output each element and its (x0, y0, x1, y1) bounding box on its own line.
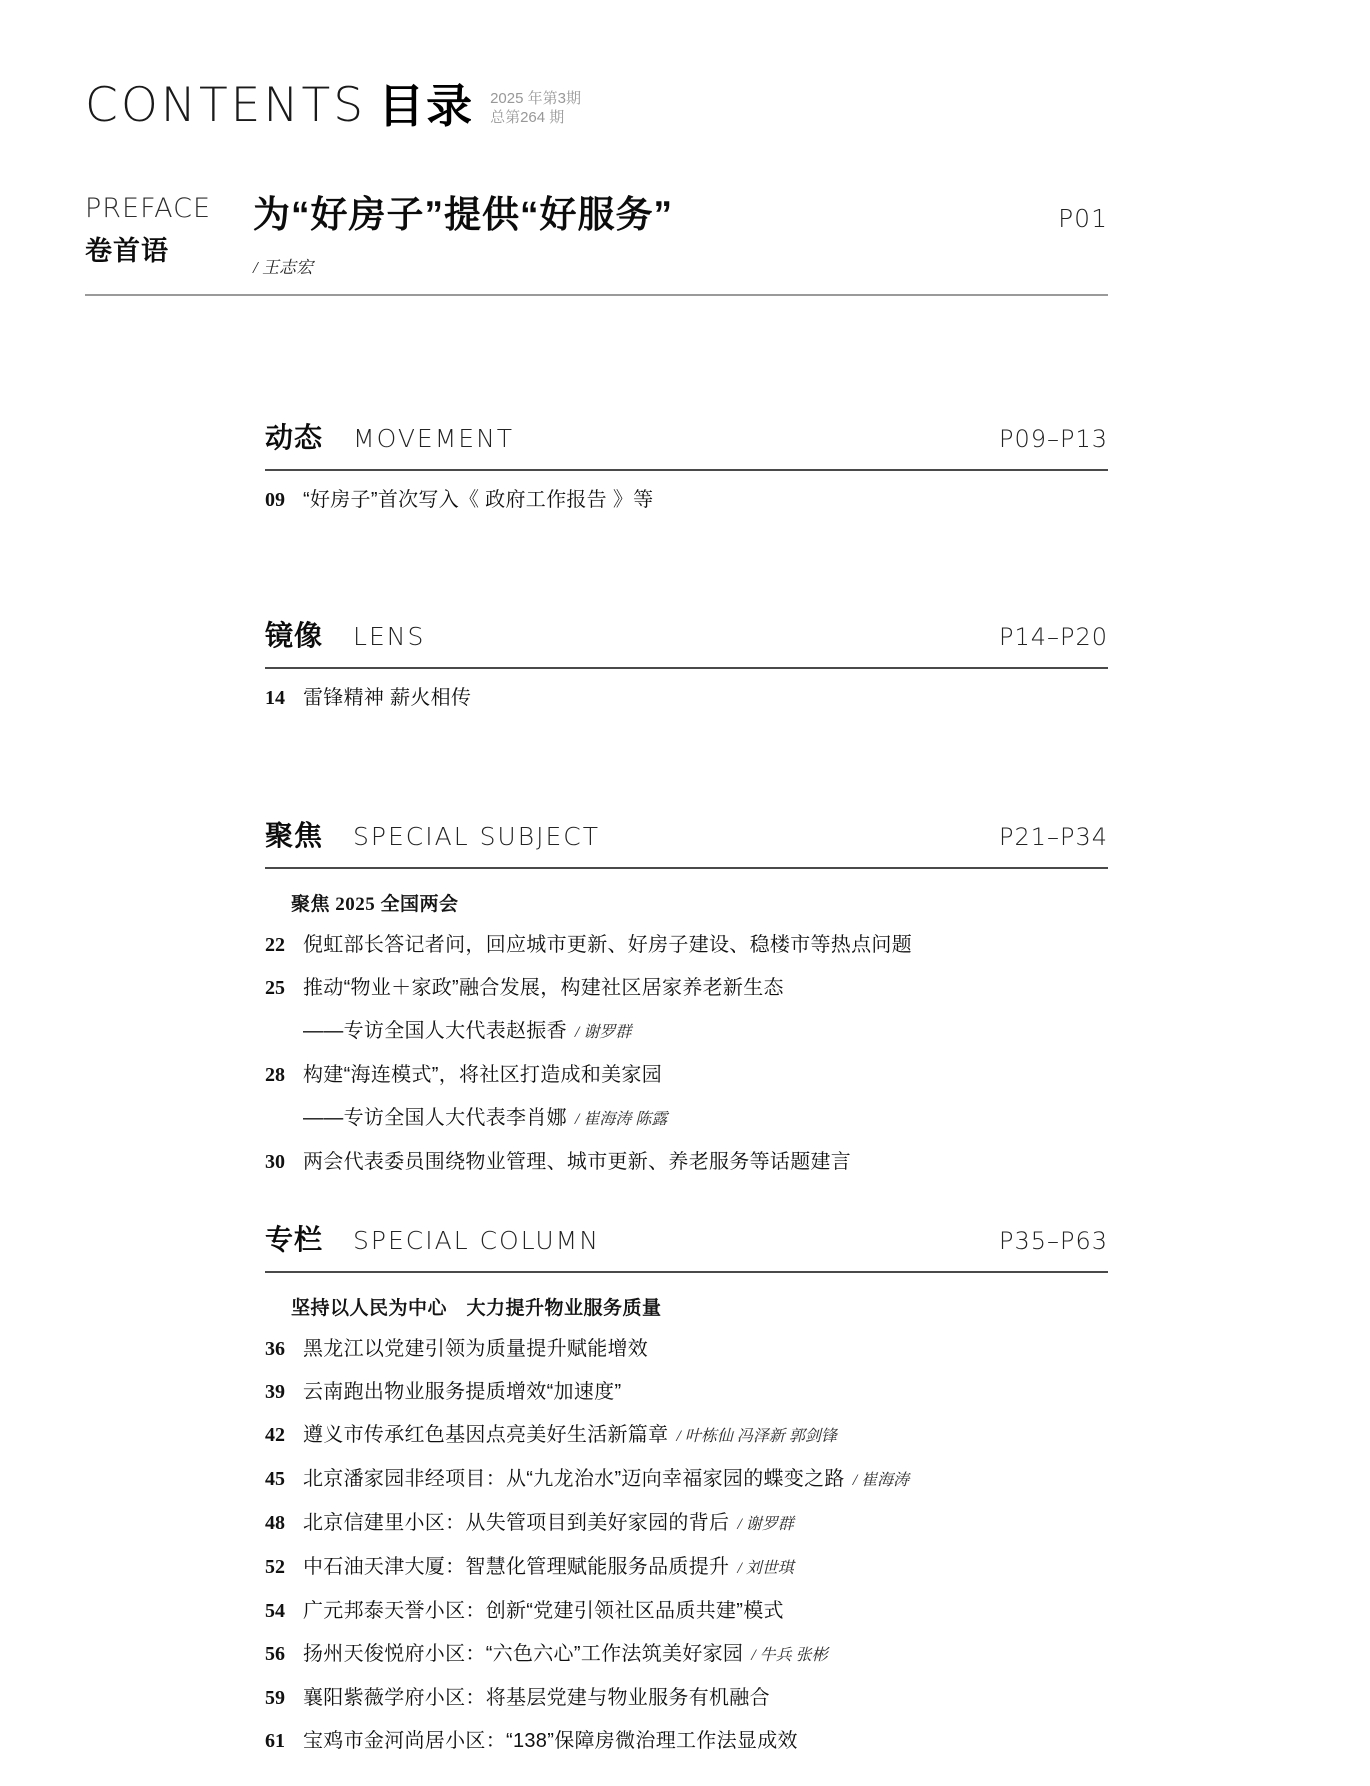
toc-entry: 45 北京潘家园非经项目：从“九龙治水”迈向幸福家园的蝶变之路 / 崔海涛 (265, 1466, 1108, 1494)
entry-title: “好房子”首次写入《 政府工作报告 》等 (303, 487, 653, 514)
preface-label-zh: 卷首语 (85, 229, 253, 268)
section-name-en: LENS (353, 622, 425, 651)
entry-title: 构建“海连模式”，将社区打造成和美家园 (303, 1062, 662, 1089)
contents-title-en: CONTENTS (85, 82, 366, 129)
contents-page: CONTENTS 目录 2025 年第3期 总第264 期 PREFACE 卷首… (0, 0, 1370, 1786)
entry-title: 雷锋精神 薪火相传 (303, 685, 471, 712)
toc-entry: 14 雷锋精神 薪火相传 (265, 685, 1108, 712)
entry-title: 广元邦泰天誉小区：创新“党建引领社区品质共建”模式 (303, 1598, 784, 1625)
section-name-en: SPECIAL COLUMN (353, 1226, 600, 1255)
preface-author: / 王志宏 (253, 253, 1058, 278)
preface-label: PREFACE 卷首语 (85, 194, 253, 278)
toc-entry: 48 北京信建里小区：从失管项目到美好家园的背后 / 谢罗群 (265, 1510, 1108, 1538)
section-items: 09 “好房子”首次写入《 政府工作报告 》等 (265, 487, 1108, 514)
toc-section: 动态 MOVEMENT P09–P13 09 “好房子”首次写入《 政府工作报告… (265, 416, 1108, 514)
entry-page-number: 28 (265, 1062, 291, 1089)
entry-author: / 谢罗群 (575, 1019, 631, 1046)
entry-author: / 刘世琪 (737, 1555, 793, 1582)
entry-author: / 牛兵 张彬 (751, 1642, 827, 1669)
section-name-en: MOVEMENT (353, 424, 514, 453)
toc-entry: 30 两会代表委员围绕物业管理、城市更新、养老服务等话题建言 (265, 1149, 1108, 1176)
toc-entry: 36 黑龙江以党建引领为质量提升赋能增效 (265, 1336, 1108, 1363)
preface-main: 为“好房子”提供“好服务” / 王志宏 (253, 194, 1058, 278)
toc-entry: ——专访全国人大代表赵振香 / 谢罗群 (265, 1018, 1108, 1046)
section-items: 14 雷锋精神 薪火相传 (265, 685, 1108, 712)
entry-title: ——专访全国人大代表李肖娜 (303, 1105, 567, 1132)
preface-title: 为“好房子”提供“好服务” (253, 194, 1058, 237)
entry-author: / 叶栋仙 冯泽新 郭剑锋 (676, 1423, 836, 1450)
toc-entry: ——专访全国人大代表李肖娜 / 崔海涛 陈露 (265, 1105, 1108, 1133)
entry-title: 两会代表委员围绕物业管理、城市更新、养老服务等话题建言 (303, 1149, 851, 1176)
preface-label-en: PREFACE (85, 194, 253, 224)
entry-title: ——专访全国人大代表赵振香 (303, 1018, 567, 1045)
entry-title: 襄阳紫薇学府小区：将基层党建与物业服务有机融合 (303, 1685, 770, 1712)
entry-page-number: 48 (265, 1510, 291, 1537)
toc-entry: 59 襄阳紫薇学府小区：将基层党建与物业服务有机融合 (265, 1685, 1108, 1712)
toc-entry: 54 广元邦泰天誉小区：创新“党建引领社区品质共建”模式 (265, 1598, 1108, 1625)
section-divider (265, 667, 1108, 669)
toc-section: 专栏 SPECIAL COLUMN P35–P63 坚持以人民为中心 大力提升物… (265, 1218, 1108, 1755)
entry-author: / 崔海涛 陈露 (575, 1106, 667, 1133)
section-header: 专栏 SPECIAL COLUMN P35–P63 (265, 1218, 1108, 1258)
toc-entry: 22 倪虹部长答记者问，回应城市更新、好房子建设、稳楼市等热点问题 (265, 932, 1108, 959)
section-divider (265, 867, 1108, 869)
entry-page-number: 14 (265, 685, 291, 712)
entry-page-number: 25 (265, 975, 291, 1002)
entry-title: 宝鸡市金河尚居小区：“138”保障房微治理工作法显成效 (303, 1728, 798, 1755)
section-name-zh: 动态 (265, 416, 323, 456)
entry-page-number: 30 (265, 1149, 291, 1176)
section-name-zh: 专栏 (265, 1218, 323, 1258)
section-name-zh: 镜像 (265, 614, 323, 654)
section-name-zh: 聚焦 (265, 814, 323, 854)
preface-page-number: P01 (1058, 194, 1108, 233)
entry-title: 遵义市传承红色基因点亮美好生活新篇章 (303, 1422, 668, 1449)
section-name-en: SPECIAL SUBJECT (353, 822, 600, 851)
entry-title: 中石油天津大厦：智慧化管理赋能服务品质提升 (303, 1554, 729, 1581)
entry-title: 倪虹部长答记者问，回应城市更新、好房子建设、稳楼市等热点问题 (303, 932, 912, 959)
section-divider (265, 1271, 1108, 1273)
entry-page-number: 42 (265, 1422, 291, 1449)
toc-entry: 52 中石油天津大厦：智慧化管理赋能服务品质提升 / 刘世琪 (265, 1554, 1108, 1582)
entry-title: 推动“物业＋家政”融合发展，构建社区居家养老新生态 (303, 975, 784, 1002)
section-header: 聚焦 SPECIAL SUBJECT P21–P34 (265, 814, 1108, 854)
section-page-range: P09–P13 (999, 425, 1108, 453)
page-header: CONTENTS 目录 2025 年第3期 总第264 期 (85, 82, 581, 129)
section-header: 动态 MOVEMENT P09–P13 (265, 416, 1108, 456)
entry-page-number: 09 (265, 487, 291, 514)
entry-page-number: 22 (265, 932, 291, 959)
entry-title: 北京信建里小区：从失管项目到美好家园的背后 (303, 1510, 729, 1537)
entry-page-number: 59 (265, 1685, 291, 1712)
toc-entry: 09 “好房子”首次写入《 政府工作报告 》等 (265, 487, 1108, 514)
toc-entry: 42 遵义市传承红色基因点亮美好生活新篇章 / 叶栋仙 冯泽新 郭剑锋 (265, 1422, 1108, 1450)
section-header: 镜像 LENS P14–P20 (265, 614, 1108, 654)
entry-page-number: 39 (265, 1379, 291, 1406)
section-items: 22 倪虹部长答记者问，回应城市更新、好房子建设、稳楼市等热点问题 25 推动“… (265, 932, 1108, 1176)
toc-section: 镜像 LENS P14–P20 14 雷锋精神 薪火相传 (265, 614, 1108, 712)
section-page-range: P35–P63 (999, 1227, 1108, 1255)
issue-total: 总第264 期 (490, 108, 581, 127)
entry-title: 北京潘家园非经项目：从“九龙治水”迈向幸福家园的蝶变之路 (303, 1466, 845, 1493)
entry-title: 扬州天俊悦府小区：“六色六心”工作法筑美好家园 (303, 1641, 743, 1668)
entry-page-number: 56 (265, 1641, 291, 1668)
entry-page-number: 45 (265, 1466, 291, 1493)
issue-number: 2025 年第3期 (490, 89, 581, 108)
issue-info: 2025 年第3期 总第264 期 (490, 89, 581, 129)
entry-author: / 谢罗群 (737, 1511, 793, 1538)
section-items: 36 黑龙江以党建引领为质量提升赋能增效 39 云南跑出物业服务提质增效“加速度… (265, 1336, 1108, 1755)
entry-title: 云南跑出物业服务提质增效“加速度” (303, 1379, 621, 1406)
entry-page-number: 61 (265, 1728, 291, 1755)
preface-block: PREFACE 卷首语 为“好房子”提供“好服务” / 王志宏 P01 (85, 194, 1108, 278)
section-subtitle: 坚持以人民为中心 大力提升物业服务质量 (291, 1293, 1108, 1320)
toc-entry: 56 扬州天俊悦府小区：“六色六心”工作法筑美好家园 / 牛兵 张彬 (265, 1641, 1108, 1669)
toc-entry: 61 宝鸡市金河尚居小区：“138”保障房微治理工作法显成效 (265, 1728, 1108, 1755)
preface-divider (85, 294, 1108, 296)
entry-page-number: 52 (265, 1554, 291, 1581)
entry-title: 黑龙江以党建引领为质量提升赋能增效 (303, 1336, 648, 1363)
toc-section: 聚焦 SPECIAL SUBJECT P21–P34 聚焦 2025 全国两会 … (265, 814, 1108, 1176)
section-page-range: P14–P20 (999, 623, 1108, 651)
entry-page-number: 54 (265, 1598, 291, 1625)
contents-title-zh: 目录 (378, 83, 474, 129)
toc-entry: 28 构建“海连模式”，将社区打造成和美家园 (265, 1062, 1108, 1089)
section-page-range: P21–P34 (999, 823, 1108, 851)
toc-entry: 25 推动“物业＋家政”融合发展，构建社区居家养老新生态 (265, 975, 1108, 1002)
toc-entry: 39 云南跑出物业服务提质增效“加速度” (265, 1379, 1108, 1406)
section-subtitle: 聚焦 2025 全国两会 (291, 889, 1108, 916)
entry-author: / 崔海涛 (853, 1467, 909, 1494)
section-divider (265, 469, 1108, 471)
entry-page-number: 36 (265, 1336, 291, 1363)
